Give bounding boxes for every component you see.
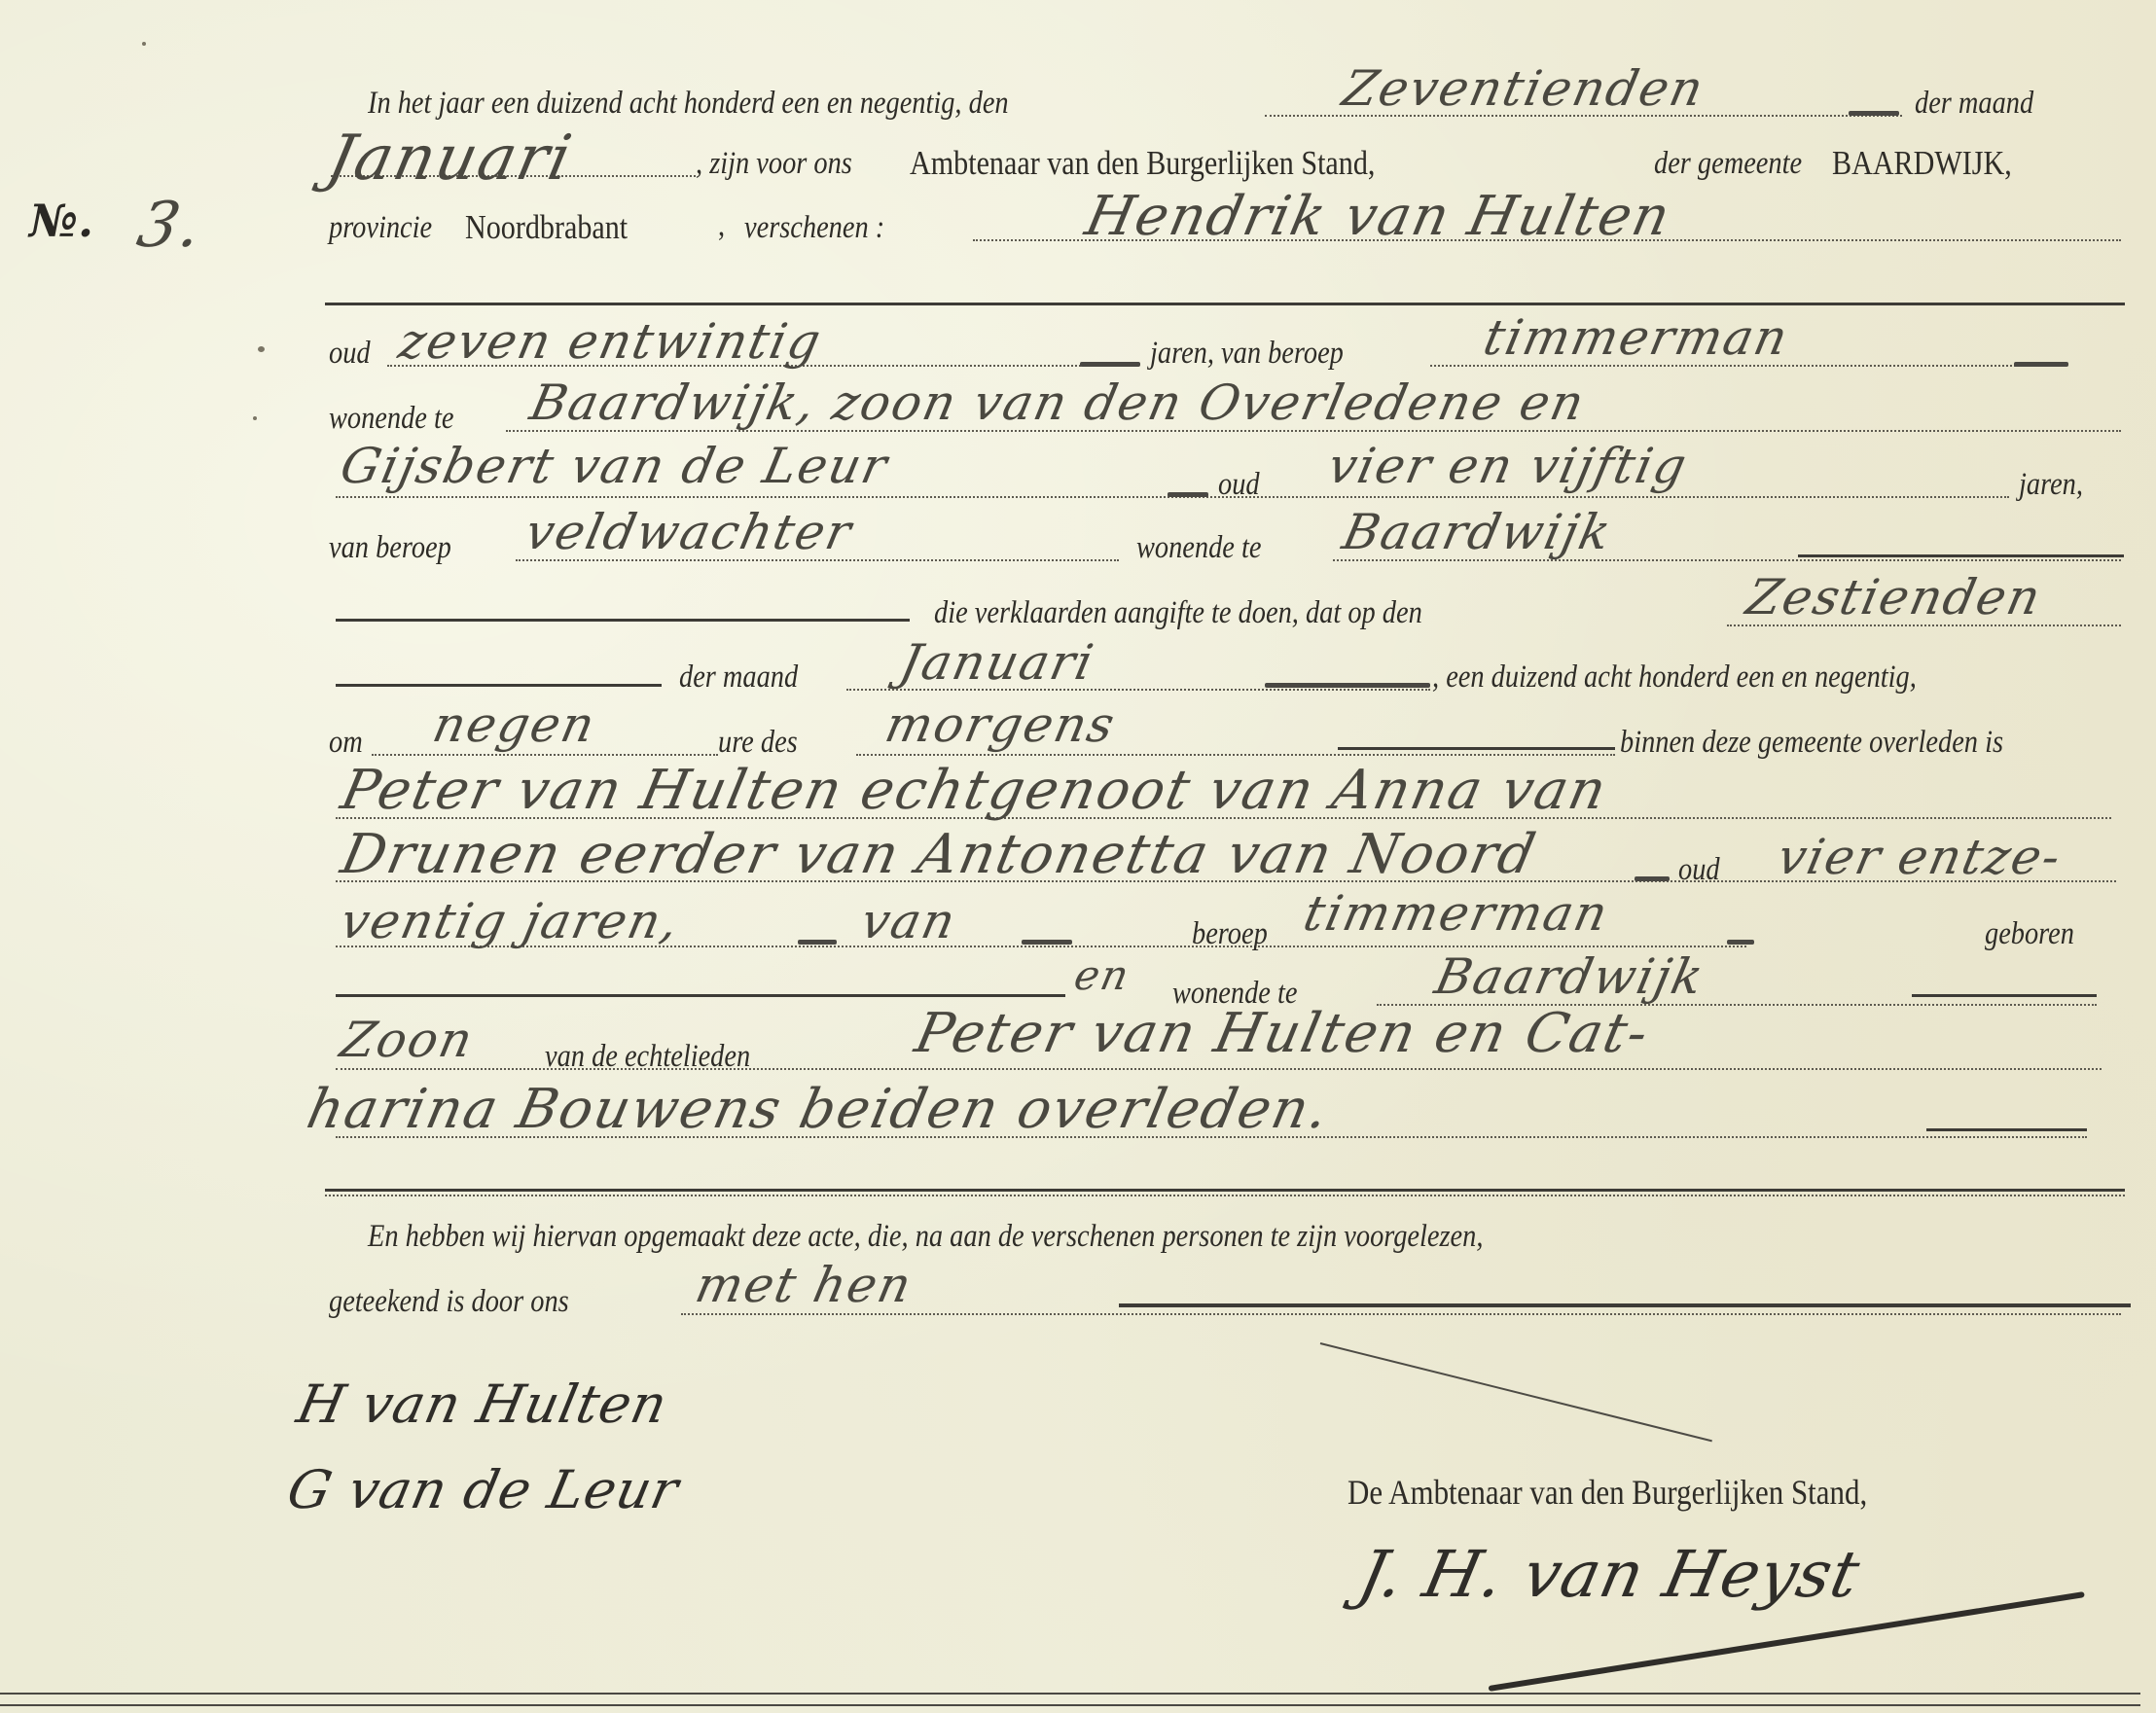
line9-printed-month-label: der maand — [679, 660, 798, 696]
line12-printed-age-label: oud — [1678, 852, 1720, 888]
line1-hand-day: Zeventienden — [1338, 60, 1709, 117]
signature-declarant-1: H van Hulten — [292, 1374, 673, 1435]
line1-dash — [1849, 111, 1899, 116]
line4-dash — [1080, 362, 1140, 367]
line9-printed-year: , een duizend acht honderd een en negent… — [1432, 660, 1917, 696]
line5-printed-residence-label: wonende te — [329, 401, 453, 437]
line6-dash — [1168, 492, 1208, 497]
line4-hand-age: zeven entwintig — [394, 313, 827, 370]
line18-fill-rule — [1119, 1303, 2131, 1307]
paper-speck — [142, 42, 146, 46]
line3-province: Noordbrabant — [465, 208, 628, 247]
line9-dash — [1265, 683, 1430, 688]
line10-hand-hour: negen — [428, 696, 601, 753]
line14-hand-residence: Baardwijk — [1430, 948, 1709, 1005]
separator-rule-2 — [325, 1189, 2125, 1192]
line13-hand-age-cont: ventig jaren, — [336, 893, 685, 949]
signature-declarant-2: G van de Leur — [282, 1459, 684, 1520]
line10-hand-part-of-day: morgens — [880, 696, 1121, 753]
line13-dash-c — [1727, 940, 1754, 945]
line8-printed-declaration: die verklaarden aangifte te doen, dat op… — [934, 595, 1422, 631]
line10-fill-rule — [1338, 747, 1615, 750]
line18-printed-signed: geteekend is door ons — [329, 1284, 569, 1320]
line2-printed-c: der gemeente — [1654, 146, 1802, 182]
line15-hand-relation: Zoon — [336, 1012, 479, 1068]
line10-dotted-part — [856, 754, 1615, 756]
act-number: 3. — [131, 190, 210, 262]
line4-hand-occupation: timmerman — [1479, 309, 1794, 366]
line13-dash-a — [798, 940, 837, 945]
line2-hand-month: Januari — [321, 123, 579, 195]
line3-printed-appeared: verschenen : — [744, 210, 884, 246]
line13-hand-occupation: timmerman — [1299, 885, 1614, 942]
line10-printed-hour-label: ure des — [718, 725, 798, 761]
line12-hand-age: vier entze- — [1773, 829, 2067, 885]
bottom-rule-2 — [0, 1704, 2140, 1706]
line5-hand-text: Baardwijk, zoon van den Overledene en — [525, 375, 1591, 431]
line4-printed-age-label: oud — [329, 336, 371, 372]
line4-printed-b: jaren, van beroep — [1150, 336, 1344, 372]
line7-printed-occupation-label: van beroep — [329, 530, 451, 566]
line7-printed-residence-label: wonende te — [1136, 530, 1261, 566]
line6-hand-father-age: vier en vijftig — [1323, 438, 1693, 494]
line3-printed-province-label: provincie — [329, 210, 432, 246]
separator-rule-2-dots — [325, 1195, 2125, 1196]
line7-fill-rule — [1798, 554, 2124, 557]
line14-fill-rule-end — [1912, 994, 2097, 997]
line2-municipality: BAARDWIJK, — [1832, 144, 2012, 183]
line16-hand-mother-cont: harina Bouwens beiden overleden. — [302, 1078, 1336, 1141]
line16-fill-rule — [1926, 1128, 2087, 1131]
line10-printed-at: om — [329, 725, 363, 761]
line6-printed-age-label: oud — [1218, 467, 1260, 503]
line1-printed-month-label: der maand — [1915, 86, 2033, 122]
line4-dash-end — [2014, 362, 2068, 367]
line1-printed-intro: In het jaar een duizend acht honderd een… — [368, 86, 1009, 122]
line2-printed-official: Ambtenaar van den Burgerlijken Stand, — [910, 144, 1375, 183]
line13-printed-occupation-label: beroep — [1192, 916, 1268, 952]
line8-hand-day: Zestienden — [1742, 569, 2047, 625]
strike-through-line — [1320, 1342, 1712, 1442]
line9-hand-month: Januari — [895, 634, 1099, 691]
line6-printed-years: jaren, — [2019, 467, 2083, 503]
line10-printed-died: binnen deze gemeente overleden is — [1620, 725, 2003, 761]
line13-printed-born: geboren — [1985, 916, 2074, 952]
paper-speck — [253, 416, 257, 420]
line14-hand-and: en — [1070, 951, 1134, 999]
line7-hand-father-residence: Baardwijk — [1338, 504, 1617, 560]
paper-speck — [258, 346, 265, 352]
line15-hand-parents: Peter van Hulten en Cat- — [910, 1002, 1655, 1065]
line12-dash — [1635, 876, 1670, 881]
certificate-page: №. 3. In het jaar een duizend acht honde… — [0, 0, 2156, 1713]
line3-hand-declarant-name: Hendrik van Hulten — [1080, 185, 1677, 248]
line2-printed-a: , zijn voor ons — [696, 146, 852, 182]
line15-printed-parents-label: van de echtelieden — [545, 1039, 750, 1075]
bottom-rule-1 — [0, 1693, 2140, 1695]
line13-hand-van: van — [856, 893, 962, 949]
separator-rule — [325, 303, 2125, 305]
line18-dotted-fill — [681, 1313, 2121, 1315]
line9-fill-rule — [336, 684, 662, 687]
act-number-label: №. — [29, 195, 93, 247]
line14-fill-rule — [336, 994, 1065, 997]
signature-official: J. H. van Heyst — [1352, 1537, 1867, 1612]
line13-dash-b — [1022, 940, 1072, 945]
line11-hand-deceased: Peter van Hulten echtgenoot van Anna van — [336, 759, 1613, 822]
line7-hand-father-occupation: veldwachter — [521, 504, 858, 560]
official-title: De Ambtenaar van den Burgerlijken Stand, — [1347, 1472, 1867, 1513]
line6-hand-father-name: Gijsbert van de Leur — [336, 438, 893, 494]
line8-fill-rule — [336, 619, 910, 622]
line17-printed-closing: En hebben wij hiervan opgemaakt deze act… — [368, 1219, 1483, 1255]
line3-comma: , — [718, 208, 725, 244]
line12-hand-spouses: Drunen eerder van Antonetta van Noord — [336, 823, 1542, 886]
line10-dotted-hour — [372, 754, 718, 756]
line18-hand-with-them: met hen — [691, 1257, 917, 1313]
